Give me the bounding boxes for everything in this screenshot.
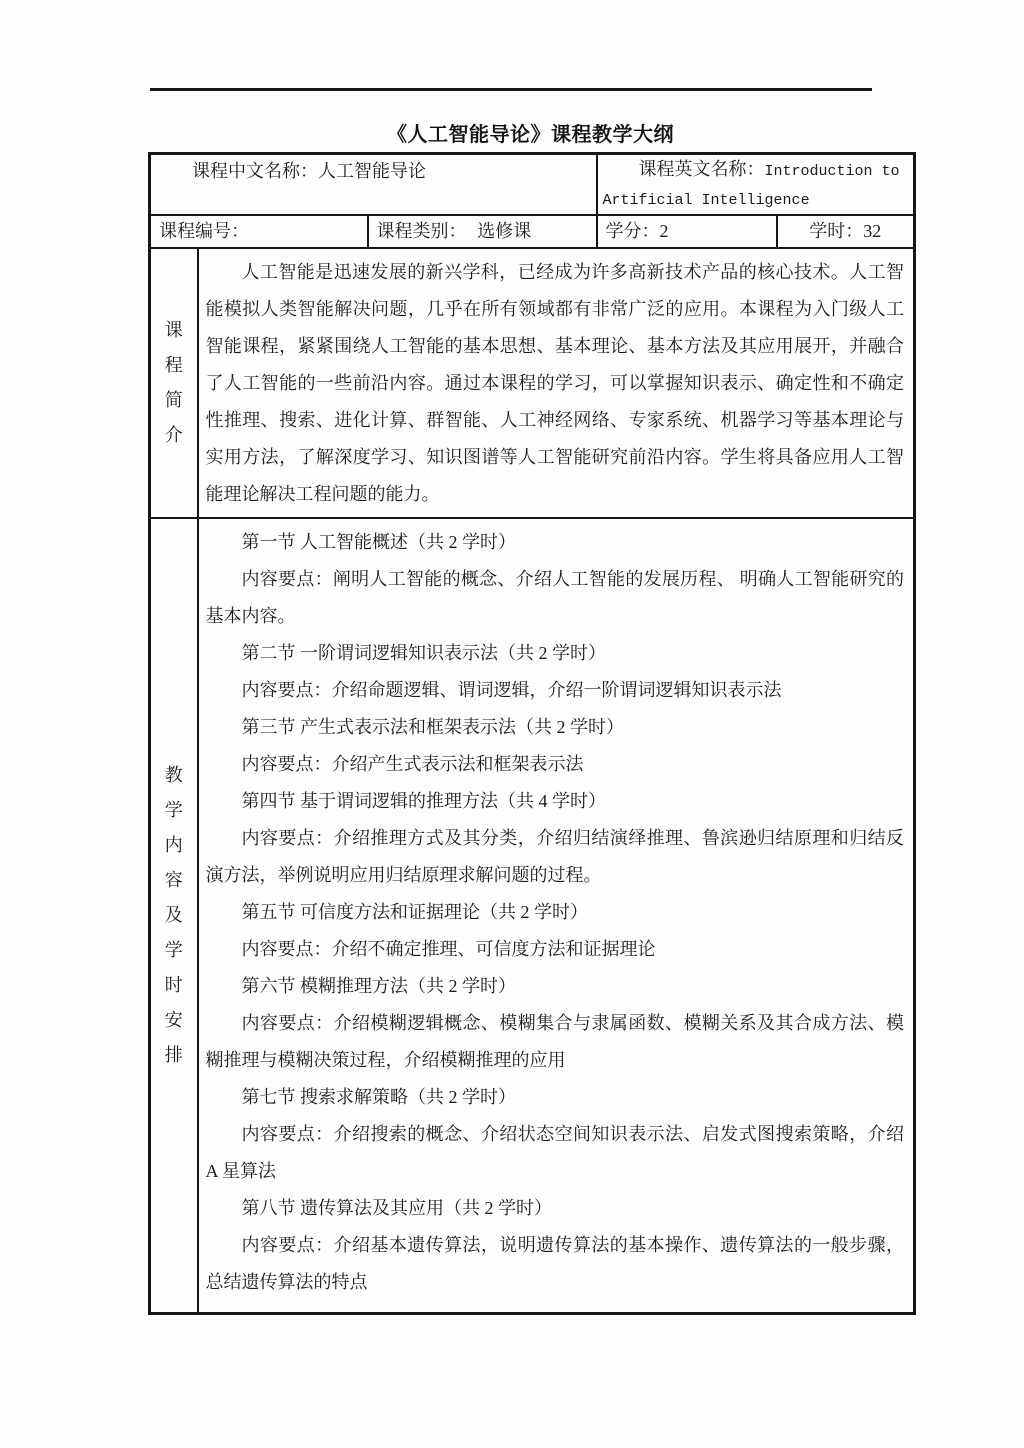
teaching-content-paragraph: 第六节 模糊推理方法（共 2 学时） xyxy=(206,968,905,1005)
vertical-label-char: 容 xyxy=(151,863,197,898)
course-number-label: 课程编号： xyxy=(159,221,249,241)
teaching-content-cell: 第一节 人工智能概述（共 2 学时）内容要点：阐明人工智能的概念、介绍人工智能的… xyxy=(198,518,915,1313)
course-category-cell: 课程类别：选修课 xyxy=(368,215,597,248)
vertical-label-char: 安 xyxy=(151,1003,197,1038)
vertical-label-char: 介 xyxy=(151,418,197,453)
teaching-content-paragraph: 第三节 产生式表示法和框架表示法（共 2 学时） xyxy=(206,709,905,746)
vertical-label-char: 简 xyxy=(151,383,197,418)
course-number-cell: 课程编号： xyxy=(150,215,368,248)
course-cn-name-label: 课程中文名称： xyxy=(192,161,318,181)
teaching-content-paragraph: 第五节 可信度方法和证据理论（共 2 学时） xyxy=(206,894,905,931)
teaching-content-paragraph: 第八节 遗传算法及其应用（共 2 学时） xyxy=(206,1190,905,1227)
teaching-content-paragraph: 内容要点：介绍不确定推理、可信度方法和证据理论 xyxy=(206,931,905,968)
teaching-content-paragraph: 内容要点：介绍产生式表示法和框架表示法 xyxy=(206,746,905,783)
row-course-meta: 课程编号： 课程类别：选修课 学分：2 学时：32 xyxy=(150,215,915,248)
teaching-content-paragraph: 内容要点：介绍命题逻辑、谓词逻辑，介绍一阶谓词逻辑知识表示法 xyxy=(206,672,905,709)
course-credit-label: 学分： xyxy=(606,221,660,241)
row-course-names: 课程中文名称：人工智能导论 课程英文名称：Introduction to Art… xyxy=(150,154,915,216)
vertical-label-char: 学 xyxy=(151,933,197,968)
course-credit-value: 2 xyxy=(660,221,669,241)
vertical-label-char: 时 xyxy=(151,968,197,1003)
course-category-label: 课程类别： xyxy=(377,221,467,241)
teaching-content-paragraph: 内容要点：阐明人工智能的概念、介绍人工智能的发展历程、 明确人工智能研究的基本内… xyxy=(206,561,905,635)
teaching-content-paragraph: 第四节 基于谓词逻辑的推理方法（共 4 学时） xyxy=(206,783,905,820)
course-hours-value: 32 xyxy=(863,221,881,241)
course-outline-table: 课程中文名称：人工智能导论 课程英文名称：Introduction to Art… xyxy=(148,152,916,1315)
vertical-label-char: 学 xyxy=(151,793,197,828)
teaching-content-row-label: 教学内容及学时安排 xyxy=(150,518,198,1313)
teaching-content-paragraph: 内容要点：介绍基本遗传算法，说明遗传算法的基本操作、遗传算法的一般步骤，总结遗传… xyxy=(206,1227,905,1301)
course-cn-name-value: 人工智能导论 xyxy=(318,161,426,181)
teaching-content-paragraph: 第一节 人工智能概述（共 2 学时） xyxy=(206,524,905,561)
course-en-name-cell: 课程英文名称：Introduction to Artificial Intell… xyxy=(597,154,915,216)
vertical-label-char: 课 xyxy=(151,313,197,348)
teaching-content-paragraph: 内容要点：介绍模糊逻辑概念、模糊集合与隶属函数、模糊关系及其合成方法、模糊推理与… xyxy=(206,1005,905,1079)
teaching-content-paragraph: 内容要点：介绍推理方式及其分类，介绍归结演绎推理、鲁滨逊归结原理和归结反演方法，… xyxy=(206,820,905,894)
vertical-label-char: 程 xyxy=(151,348,197,383)
course-intro-paragraph: 人工智能是迅速发展的新兴学科，已经成为许多高新技术产品的核心技术。人工智能模拟人… xyxy=(206,254,905,513)
course-intro-row-label: 课程简介 xyxy=(150,248,198,518)
course-credit-cell: 学分：2 xyxy=(597,215,777,248)
course-category-value: 选修课 xyxy=(477,221,531,241)
course-intro-content-cell: 人工智能是迅速发展的新兴学科，已经成为许多高新技术产品的核心技术。人工智能模拟人… xyxy=(198,248,915,518)
document-page: 《人工智能导论》课程教学大纲 课程中文名称：人工智能导论 课程英文名称：Intr… xyxy=(0,0,1024,1448)
course-hours-label: 学时： xyxy=(809,221,863,241)
page-header-rule xyxy=(150,88,872,91)
vertical-label-char: 及 xyxy=(151,898,197,933)
vertical-label-char: 内 xyxy=(151,828,197,863)
row-teaching-content: 教学内容及学时安排 第一节 人工智能概述（共 2 学时）内容要点：阐明人工智能的… xyxy=(150,518,915,1313)
course-en-name-label: 课程英文名称： xyxy=(639,159,765,179)
vertical-label-char: 排 xyxy=(151,1038,197,1073)
document-title: 《人工智能导论》课程教学大纲 xyxy=(148,118,913,147)
row-course-intro: 课程简介 人工智能是迅速发展的新兴学科，已经成为许多高新技术产品的核心技术。人工… xyxy=(150,248,915,518)
teaching-content-paragraph: 第七节 搜索求解策略（共 2 学时） xyxy=(206,1079,905,1116)
vertical-label-char: 教 xyxy=(151,758,197,793)
course-hours-cell: 学时：32 xyxy=(777,215,915,248)
course-cn-name-cell: 课程中文名称：人工智能导论 xyxy=(150,154,597,216)
teaching-content-paragraph: 内容要点：介绍搜索的概念、介绍状态空间知识表示法、启发式图搜索策略，介绍 A 星… xyxy=(206,1116,905,1190)
teaching-content-paragraph: 第二节 一阶谓词逻辑知识表示法（共 2 学时） xyxy=(206,635,905,672)
